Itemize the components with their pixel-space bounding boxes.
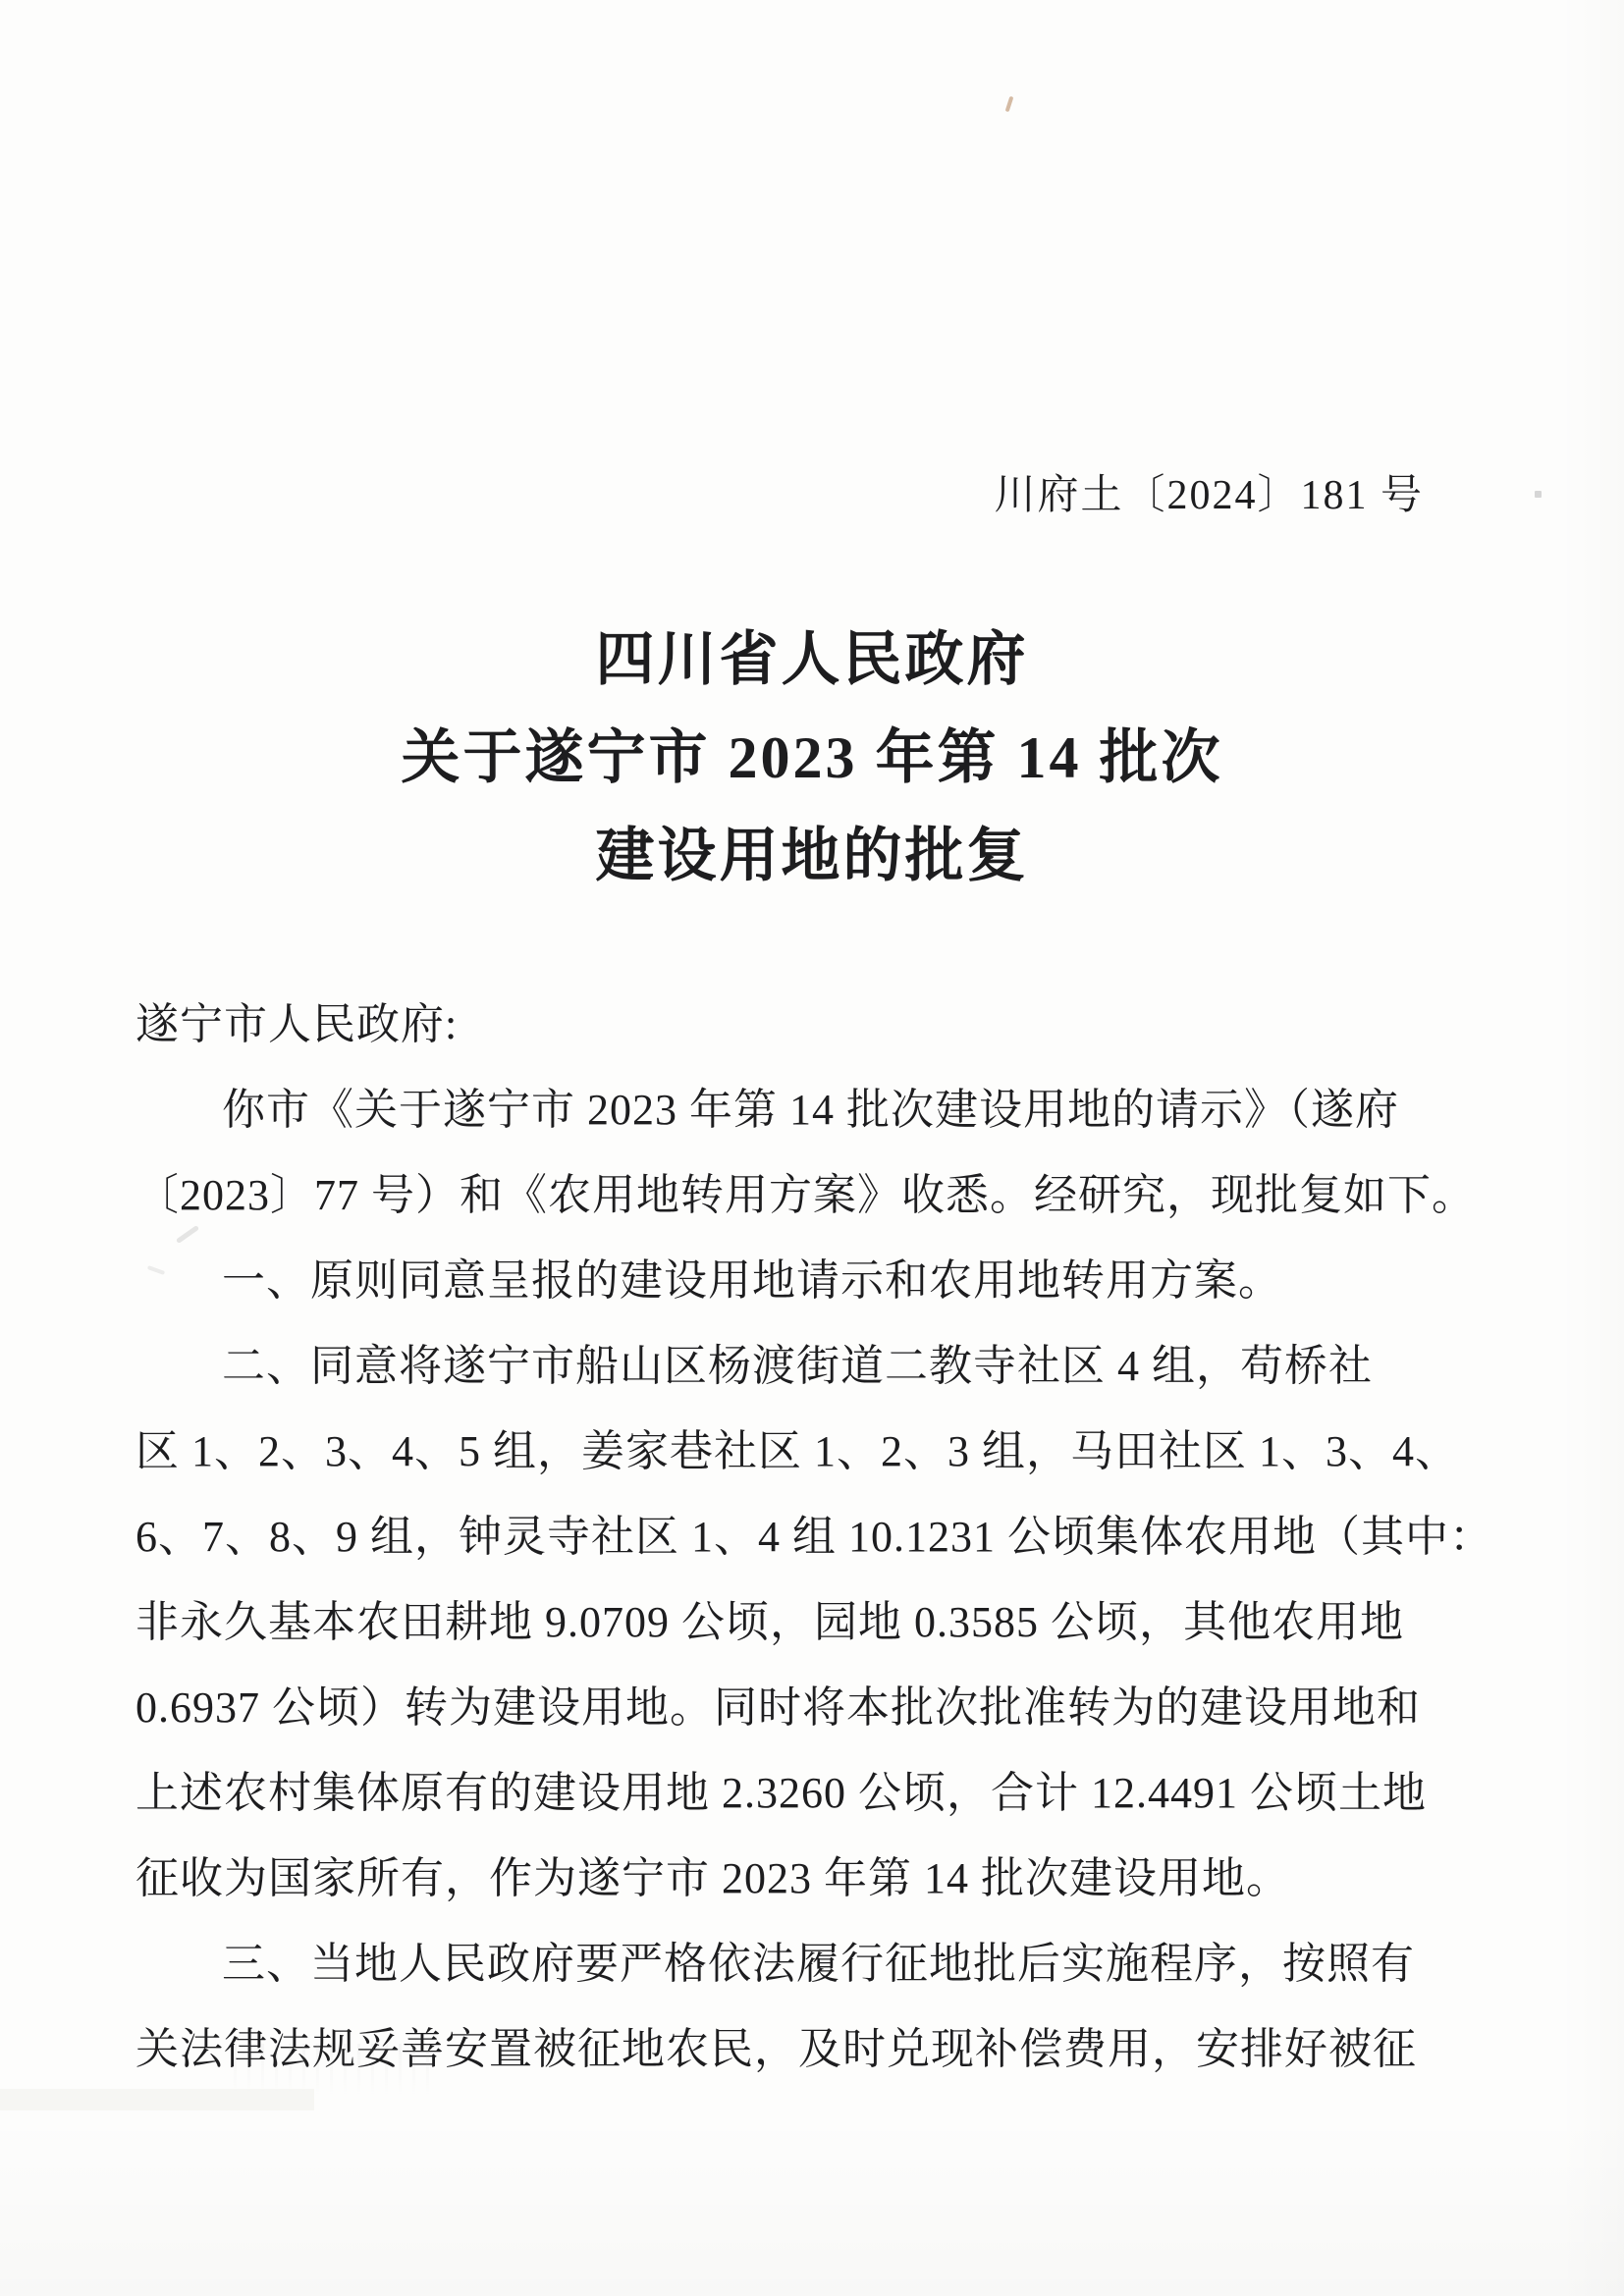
body-text-line: 二、同意将遂宁市船山区杨渡街道二教寺社区 4 组，苟桥社 [135,1323,1432,1409]
body-text-line: 区 1、2、3、4、5 组，姜家巷社区 1、2、3 组，马田社区 1、3、4、 [135,1409,1432,1494]
body-text-line: 非永久基本农田耕地 9.0709 公顷，园地 0.3585 公顷，其他农用地 [135,1579,1432,1665]
scan-artifact-band [0,2089,314,2110]
body-text-line: 6、7、8、9 组，钟灵寺社区 1、4 组 10.1231 公顷集体农用地（其中… [135,1494,1432,1579]
body-text-line: 关法律法规妥善安置被征地农民，及时兑现补偿费用，安排好被征 [135,2006,1432,2092]
body-text-line: 你市《关于遂宁市 2023 年第 14 批次建设用地的请示》（遂府 [135,1067,1432,1152]
title-line: 关于遂宁市 2023 年第 14 批次 [0,709,1624,807]
body-text-line: 一、原则同意呈报的建设用地请示和农用地转用方案。 [135,1238,1432,1323]
body-text-line: 征收为国家所有，作为遂宁市 2023 年第 14 批次建设用地。 [135,1836,1432,1921]
scanned-document-page: 川府土〔2024〕181 号 四川省人民政府关于遂宁市 2023 年第 14 批… [0,0,1624,2296]
body-text-line: 〔2023〕77 号）和《农用地转用方案》收悉。经研究，现批复如下。 [135,1152,1432,1238]
scan-artifact-slash [1005,96,1014,112]
body-text-line: 上述农村集体原有的建设用地 2.3260 公顷，合计 12.4491 公顷土地 [135,1750,1432,1836]
body-text-line: 遂宁市人民政府: [135,982,1432,1067]
document-title: 四川省人民政府关于遂宁市 2023 年第 14 批次建设用地的批复 [0,611,1624,905]
document-body: 遂宁市人民政府:你市《关于遂宁市 2023 年第 14 批次建设用地的请示》（遂… [135,982,1432,2092]
scan-artifact-speck [1535,491,1542,498]
body-text-line: 三、当地人民政府要严格依法履行征地批后实施程序，按照有 [135,1921,1432,2006]
title-line: 建设用地的批复 [0,807,1624,905]
title-line: 四川省人民政府 [0,611,1624,709]
document-reference-number: 川府土〔2024〕181 号 [994,469,1424,522]
body-text-line: 0.6937 公顷）转为建设用地。同时将本批次批准转为的建设用地和 [135,1665,1432,1750]
